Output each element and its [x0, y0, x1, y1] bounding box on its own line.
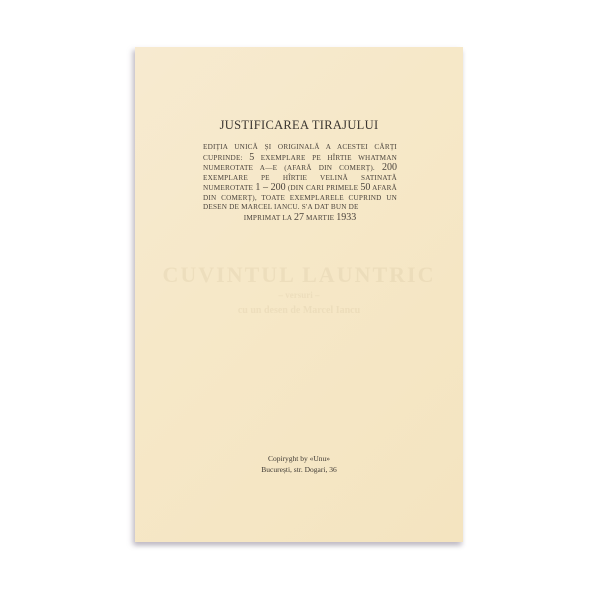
statement-text: martie	[306, 214, 334, 222]
print-run-statement: Ediția unică și originală a acestei cărț…	[203, 143, 397, 223]
statement-number: 50	[360, 182, 370, 193]
show-through-credit: cu un desen de Marcel Iancu	[135, 305, 463, 316]
publisher-address: București, str. Dogari, 36	[135, 464, 463, 475]
copyright-block: Copiryght by «Unu» București, str. Dogar…	[135, 453, 463, 475]
statement-number: 200	[382, 162, 397, 173]
show-through-subtitle: – versuri –	[135, 290, 463, 300]
statement-number: 1 – 200	[255, 182, 285, 193]
statement-number: 1933	[336, 212, 356, 223]
show-through-title: CUVINTUL LAUNTRIC	[135, 262, 463, 288]
statement-text: imprimat la	[244, 214, 292, 222]
statement-last-line: imprimat la 27 martie 1933	[203, 213, 397, 224]
statement-text: (din cari primele	[288, 184, 358, 192]
page-title: JUSTIFICAREA TIRAJULUI	[135, 118, 463, 133]
statement-number: 27	[294, 212, 304, 223]
statement-number: 5	[249, 152, 254, 163]
copyright-line: Copiryght by «Unu»	[135, 453, 463, 464]
document-page: JUSTIFICAREA TIRAJULUI Ediția unică și o…	[135, 47, 463, 542]
